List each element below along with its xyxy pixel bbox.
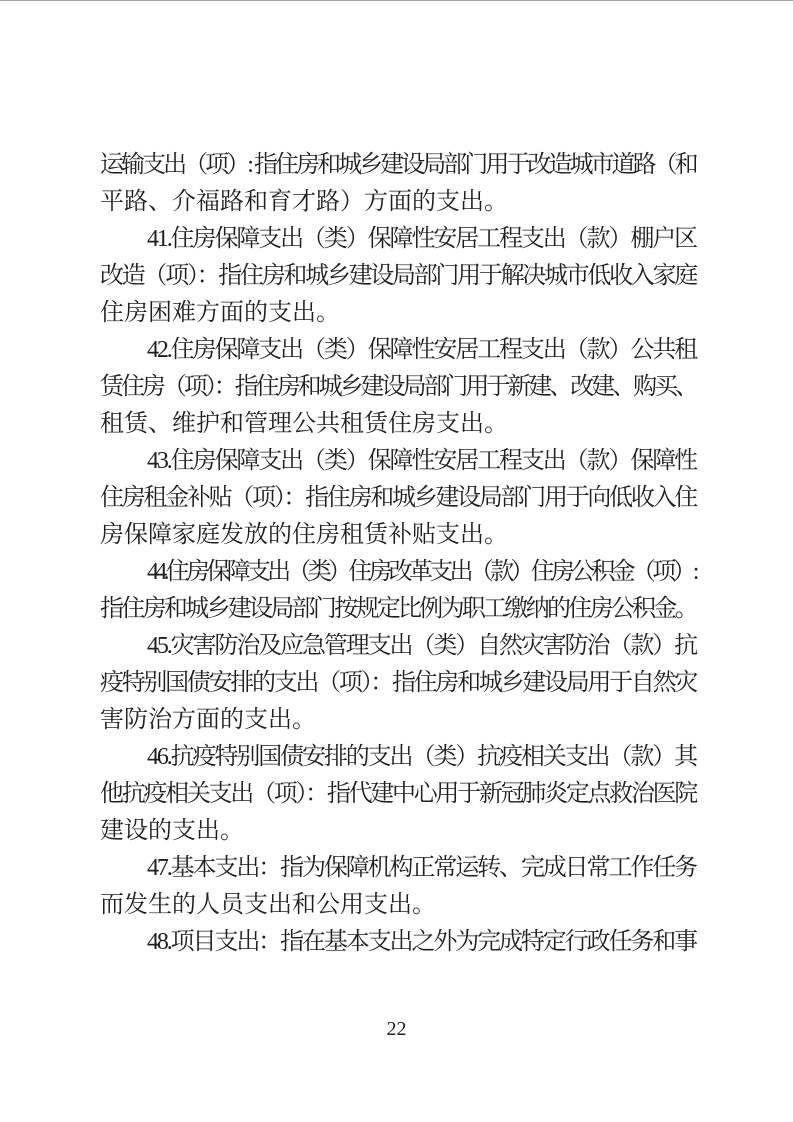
line-text: 平路、介福路和育才路）方面的支出。 <box>100 184 508 221</box>
line-text: 44.住房保障支出（类）住房改革支出（款）住房公积金（项）: <box>147 554 696 591</box>
line-text: 住房租金补贴（项）：指住房和城乡建设局部门用于向低收入住 <box>100 480 696 517</box>
line-text: 运输支出（项）: 指住房和城乡建设局部门用于改造城市道路（和 <box>100 147 696 184</box>
line-text: 指住房和城乡建设局部门按规定比例为职工缴纳的住房公积金。 <box>100 591 696 628</box>
paragraph-line-45-1: 45.灾害防治及应急管理支出（类）自然灾害防治（款）抗 <box>100 628 696 665</box>
paragraph-line-45-3: 害防治方面的支出。 <box>100 702 696 739</box>
paragraph-line-43-3: 房保障家庭发放的住房租赁补贴支出。 <box>100 517 696 554</box>
paragraph-line-42-3: 租赁、维护和管理公共租赁住房支出。 <box>100 406 696 443</box>
paragraph-line-46-3: 建设的支出。 <box>100 813 696 850</box>
line-text: 他抗疫相关支出（项）：指代建中心用于新冠肺炎定点救治医院 <box>100 776 696 813</box>
paragraph-line-42-1: 42.住房保障支出（类）保障性安居工程支出（款）公共租 <box>100 332 696 369</box>
line-text: 46.抗疫特别国债安排的支出（类）抗疫相关支出（款）其 <box>147 739 696 776</box>
line-text: 租赁、维护和管理公共租赁住房支出。 <box>100 406 508 443</box>
line-text: 害防治方面的支出。 <box>100 702 316 739</box>
page-number-text: 22 <box>387 1018 407 1040</box>
paragraph-line-47-1: 47.基本支出：指为保障机构正常运转、完成日常工作任务 <box>100 850 696 887</box>
scan-artifact-line <box>0 0 793 1</box>
line-text: 45.灾害防治及应急管理支出（类）自然灾害防治（款）抗 <box>147 628 696 665</box>
line-text: 建设的支出。 <box>100 813 244 850</box>
paragraph-line-41-2: 改造（项）：指住房和城乡建设局部门用于解决城市低收入家庭 <box>100 258 696 295</box>
paragraph-line-41-3: 住房困难方面的支出。 <box>100 295 696 332</box>
line-text: 43.住房保障支出（类）保障性安居工程支出（款）保障性 <box>147 443 696 480</box>
line-text: 而发生的人员支出和公用支出。 <box>100 887 436 924</box>
line-text: 48.项目支出：指在基本支出之外为完成特定行政任务和事 <box>147 924 696 961</box>
line-text: 疫特别国债安排的支出（项）：指住房和城乡建设局用于自然灾 <box>100 665 696 702</box>
paragraph-line-44-2: 指住房和城乡建设局部门按规定比例为职工缴纳的住房公积金。 <box>100 591 696 628</box>
paragraph-line-47-2: 而发生的人员支出和公用支出。 <box>100 887 696 924</box>
paragraph-line-40-cont-1: 运输支出（项）: 指住房和城乡建设局部门用于改造城市道路（和 <box>100 147 696 184</box>
line-text: 改造（项）：指住房和城乡建设局部门用于解决城市低收入家庭 <box>100 258 696 295</box>
sheet: 运输支出（项）: 指住房和城乡建设局部门用于改造城市道路（和 平路、介福路和育才… <box>0 0 793 1122</box>
line-text: 赁住房（项）：指住房和城乡建设局部门用于新建、改建、购买、 <box>100 369 696 406</box>
line-text: 47.基本支出：指为保障机构正常运转、完成日常工作任务 <box>147 850 696 887</box>
paragraph-line-48-1: 48.项目支出：指在基本支出之外为完成特定行政任务和事 <box>100 924 696 961</box>
paragraph-line-44-1: 44.住房保障支出（类）住房改革支出（款）住房公积金（项）: <box>100 554 696 591</box>
paragraph-line-40-cont-2: 平路、介福路和育才路）方面的支出。 <box>100 184 696 221</box>
paragraph-line-45-2: 疫特别国债安排的支出（项）：指住房和城乡建设局用于自然灾 <box>100 665 696 702</box>
line-text: 41.住房保障支出（类）保障性安居工程支出（款）棚户区 <box>147 221 696 258</box>
line-text: 房保障家庭发放的住房租赁补贴支出。 <box>100 517 508 554</box>
document-page: { "document": { "background": "#ffffff",… <box>0 0 793 1122</box>
paragraph-line-42-2: 赁住房（项）：指住房和城乡建设局部门用于新建、改建、购买、 <box>100 369 696 406</box>
paragraph-line-43-2: 住房租金补贴（项）：指住房和城乡建设局部门用于向低收入住 <box>100 480 696 517</box>
line-text: 住房困难方面的支出。 <box>100 295 340 332</box>
text-block: 运输支出（项）: 指住房和城乡建设局部门用于改造城市道路（和 平路、介福路和育才… <box>100 147 696 961</box>
page-number: 22 <box>0 1016 793 1042</box>
line-text: 42.住房保障支出（类）保障性安居工程支出（款）公共租 <box>147 332 696 369</box>
paragraph-line-43-1: 43.住房保障支出（类）保障性安居工程支出（款）保障性 <box>100 443 696 480</box>
paragraph-line-41-1: 41.住房保障支出（类）保障性安居工程支出（款）棚户区 <box>100 221 696 258</box>
paragraph-line-46-2: 他抗疫相关支出（项）：指代建中心用于新冠肺炎定点救治医院 <box>100 776 696 813</box>
paragraph-line-46-1: 46.抗疫特别国债安排的支出（类）抗疫相关支出（款）其 <box>100 739 696 776</box>
